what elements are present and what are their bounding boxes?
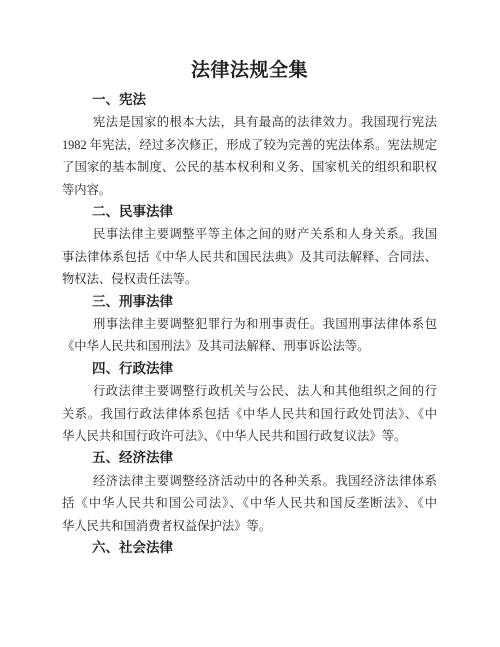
section-heading-administrative-law: 四、行政法律: [62, 358, 437, 380]
section-heading-social-law: 六、社会法律: [62, 537, 437, 559]
paragraph-line: 了国家的基本制度、公民的基本权利和义务、国家机关的组织和职权: [62, 156, 437, 178]
paragraph-line: 关系。我国行政法律体系包括《中华人民共和国行政处罚法》、《中: [62, 403, 437, 425]
paragraph-line: 经济法律主要调整经济活动中的各种关系。我国经济法律体系包: [62, 470, 437, 492]
section-heading-economic-law: 五、经济法律: [62, 447, 437, 469]
document-page: 法律法规全集 一、宪法 宪法是国家的根本大法，具有最高的法律效力。我国现行宪法为…: [0, 0, 500, 647]
paragraph-line: 事法律体系包括《中华人民共和国民法典》及其司法解释、合同法、: [62, 246, 437, 268]
paragraph-line: 1982 年宪法，经过多次修正，形成了较为完善的宪法体系。宪法规定: [62, 134, 437, 156]
section-heading-criminal-law: 三、刑事法律: [62, 291, 437, 313]
paragraph-line: 等内容。: [62, 179, 437, 201]
paragraph-line: 刑事法律主要调整犯罪行为和刑事责任。我国刑事法律体系包括: [62, 313, 437, 335]
section-heading-constitution: 一、宪法: [62, 89, 437, 111]
paragraph-line: 宪法是国家的根本大法，具有最高的法律效力。我国现行宪法为: [62, 111, 437, 133]
paragraph-line: 民事法律主要调整平等主体之间的财产关系和人身关系。我国民: [62, 223, 437, 245]
document-title: 法律法规全集: [62, 56, 437, 86]
paragraph-line: 行政法律主要调整行政机关与公民、法人和其他组织之间的行政: [62, 380, 437, 402]
paragraph-line: 华人民共和国行政许可法》、《中华人民共和国行政复议法》等。: [62, 425, 437, 447]
section-heading-civil-law: 二、民事法律: [62, 201, 437, 223]
paragraph-line: 括《中华人民共和国公司法》、《中华人民共和国反垄断法》、《中: [62, 492, 437, 514]
paragraph-line: 华人民共和国消费者权益保护法》等。: [62, 515, 437, 537]
paragraph-line: 《中华人民共和国刑法》及其司法解释、刑事诉讼法等。: [62, 335, 437, 357]
paragraph-line: 物权法、侵权责任法等。: [62, 268, 437, 290]
